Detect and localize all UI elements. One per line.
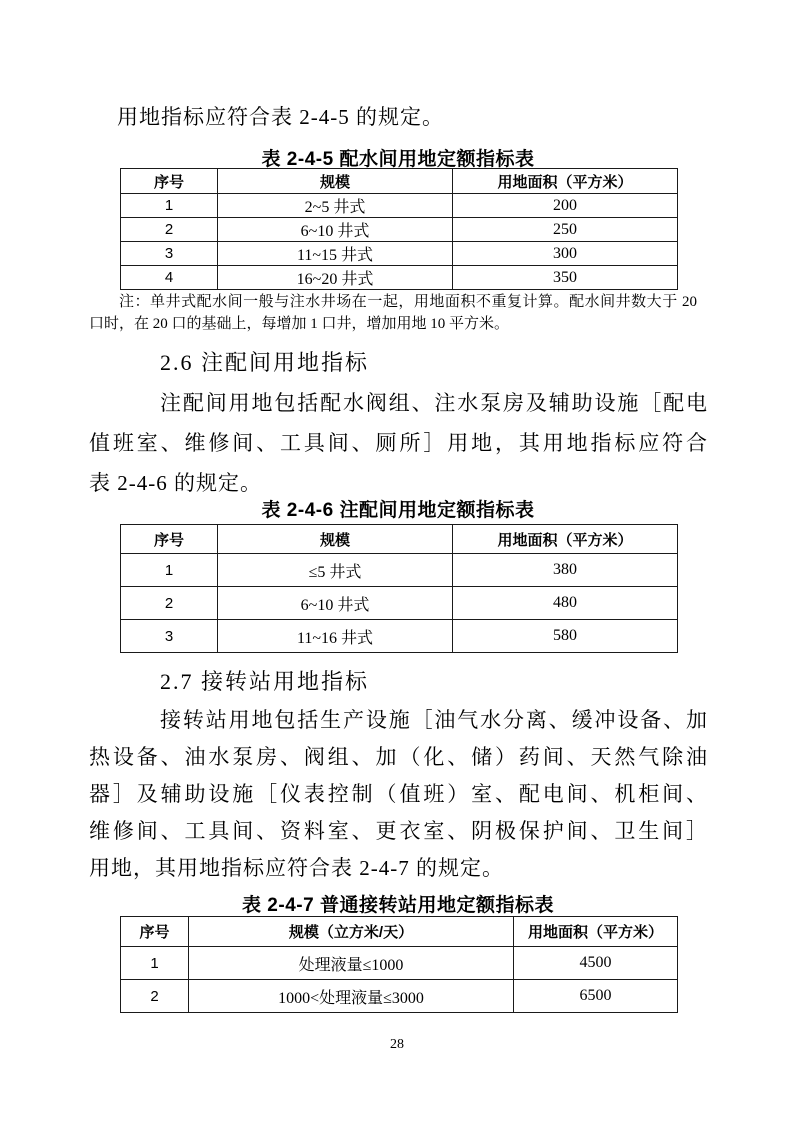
cell-seq: 1 [121, 194, 218, 218]
paragraph-line: 接转站用地包括生产设施［油气水分离、缓冲设备、加 [89, 702, 707, 739]
cell-area: 200 [453, 194, 678, 218]
cell-seq: 1 [121, 554, 218, 587]
column-header-seq: 序号 [121, 917, 189, 947]
cell-scale: 2~5 井式 [218, 194, 453, 218]
table-2-4-7-title: 表 2-4-7 普通接转站用地定额指标表 [89, 890, 707, 917]
cell-seq: 3 [121, 620, 218, 653]
table-row: 1 2~5 井式 200 [121, 194, 678, 218]
paragraph-line: 器］及辅助设施［仪表控制（值班）室、配电间、机柜间、 [89, 776, 707, 813]
cell-seq: 4 [121, 266, 218, 290]
table-note: 注：单井式配水间一般与注水井场在一起，用地面积不重复计算。配水间井数大于 20 … [89, 291, 697, 335]
table-row: 2 6~10 井式 480 [121, 587, 678, 620]
cell-scale: 11~16 井式 [218, 620, 453, 653]
paragraph-line: 注配间用地包括配水阀组、注水泵房及辅助设施［配电 [89, 383, 707, 423]
document-page: 用地指标应符合表 2-4-5 的规定。 表 2-4-5 配水间用地定额指标表 序… [0, 0, 794, 1122]
cell-seq: 2 [121, 980, 189, 1013]
page-number: 28 [0, 1037, 794, 1053]
cell-seq: 2 [121, 218, 218, 242]
section-heading-2-6: 2.6 注配间用地指标 [160, 346, 369, 377]
note-line: 口时，在 20 口的基础上，每增加 1 口井，增加用地 10 平方米。 [89, 313, 697, 335]
table-row: 1 ≤5 井式 380 [121, 554, 678, 587]
table-2-4-5-title: 表 2-4-5 配水间用地定额指标表 [89, 144, 707, 171]
intro-paragraph-line: 用地指标应符合表 2-4-5 的规定。 [117, 101, 444, 131]
section-2-6-paragraph: 注配间用地包括配水阀组、注水泵房及辅助设施［配电 值班室、维修间、工具间、厕所］… [89, 383, 707, 503]
cell-area: 250 [453, 218, 678, 242]
column-header-area: 用地面积（平方米） [453, 525, 678, 554]
cell-scale: 6~10 井式 [218, 218, 453, 242]
column-header-scale: 规模（立方米/天） [189, 917, 514, 947]
cell-area: 580 [453, 620, 678, 653]
table-row: 3 11~15 井式 300 [121, 242, 678, 266]
column-header-seq: 序号 [121, 525, 218, 554]
cell-area: 4500 [514, 947, 678, 980]
column-header-area: 用地面积（平方米） [453, 169, 678, 194]
cell-area: 350 [453, 266, 678, 290]
table-header-row: 序号 规模 用地面积（平方米） [121, 169, 678, 194]
section-heading-2-7: 2.7 接转站用地指标 [160, 665, 369, 696]
table-row: 2 1000<处理液量≤3000 6500 [121, 980, 678, 1013]
table-row: 3 11~16 井式 580 [121, 620, 678, 653]
table-2-4-6-title: 表 2-4-6 注配间用地定额指标表 [89, 495, 707, 522]
table-row: 1 处理液量≤1000 4500 [121, 947, 678, 980]
column-header-area: 用地面积（平方米） [514, 917, 678, 947]
cell-scale: 6~10 井式 [218, 587, 453, 620]
table-2-4-5: 序号 规模 用地面积（平方米） 1 2~5 井式 200 2 6~10 井式 2… [120, 168, 678, 290]
cell-scale: 16~20 井式 [218, 266, 453, 290]
cell-area: 380 [453, 554, 678, 587]
table-2-4-7: 序号 规模（立方米/天） 用地面积（平方米） 1 处理液量≤1000 4500 … [120, 916, 678, 1013]
table-header-row: 序号 规模（立方米/天） 用地面积（平方米） [121, 917, 678, 947]
column-header-seq: 序号 [121, 169, 218, 194]
cell-seq: 3 [121, 242, 218, 266]
paragraph-line: 值班室、维修间、工具间、厕所］用地，其用地指标应符合 [89, 423, 707, 463]
table-header-row: 序号 规模 用地面积（平方米） [121, 525, 678, 554]
column-header-scale: 规模 [218, 169, 453, 194]
table-2-4-6: 序号 规模 用地面积（平方米） 1 ≤5 井式 380 2 6~10 井式 48… [120, 524, 678, 653]
cell-scale: 处理液量≤1000 [189, 947, 514, 980]
paragraph-line: 用地，其用地指标应符合表 2-4-7 的规定。 [89, 850, 707, 887]
cell-scale: 11~15 井式 [218, 242, 453, 266]
cell-area: 6500 [514, 980, 678, 1013]
cell-scale: 1000<处理液量≤3000 [189, 980, 514, 1013]
paragraph-line: 热设备、油水泵房、阀组、加（化、储）药间、天然气除油 [89, 739, 707, 776]
cell-scale: ≤5 井式 [218, 554, 453, 587]
paragraph-line: 维修间、工具间、资料室、更衣室、阴极保护间、卫生间］ [89, 813, 707, 850]
table-row: 4 16~20 井式 350 [121, 266, 678, 290]
cell-area: 300 [453, 242, 678, 266]
note-line: 注：单井式配水间一般与注水井场在一起，用地面积不重复计算。配水间井数大于 20 [89, 291, 697, 313]
column-header-scale: 规模 [218, 525, 453, 554]
cell-seq: 1 [121, 947, 189, 980]
cell-seq: 2 [121, 587, 218, 620]
section-2-7-paragraph: 接转站用地包括生产设施［油气水分离、缓冲设备、加 热设备、油水泵房、阀组、加（化… [89, 702, 707, 887]
cell-area: 480 [453, 587, 678, 620]
table-row: 2 6~10 井式 250 [121, 218, 678, 242]
